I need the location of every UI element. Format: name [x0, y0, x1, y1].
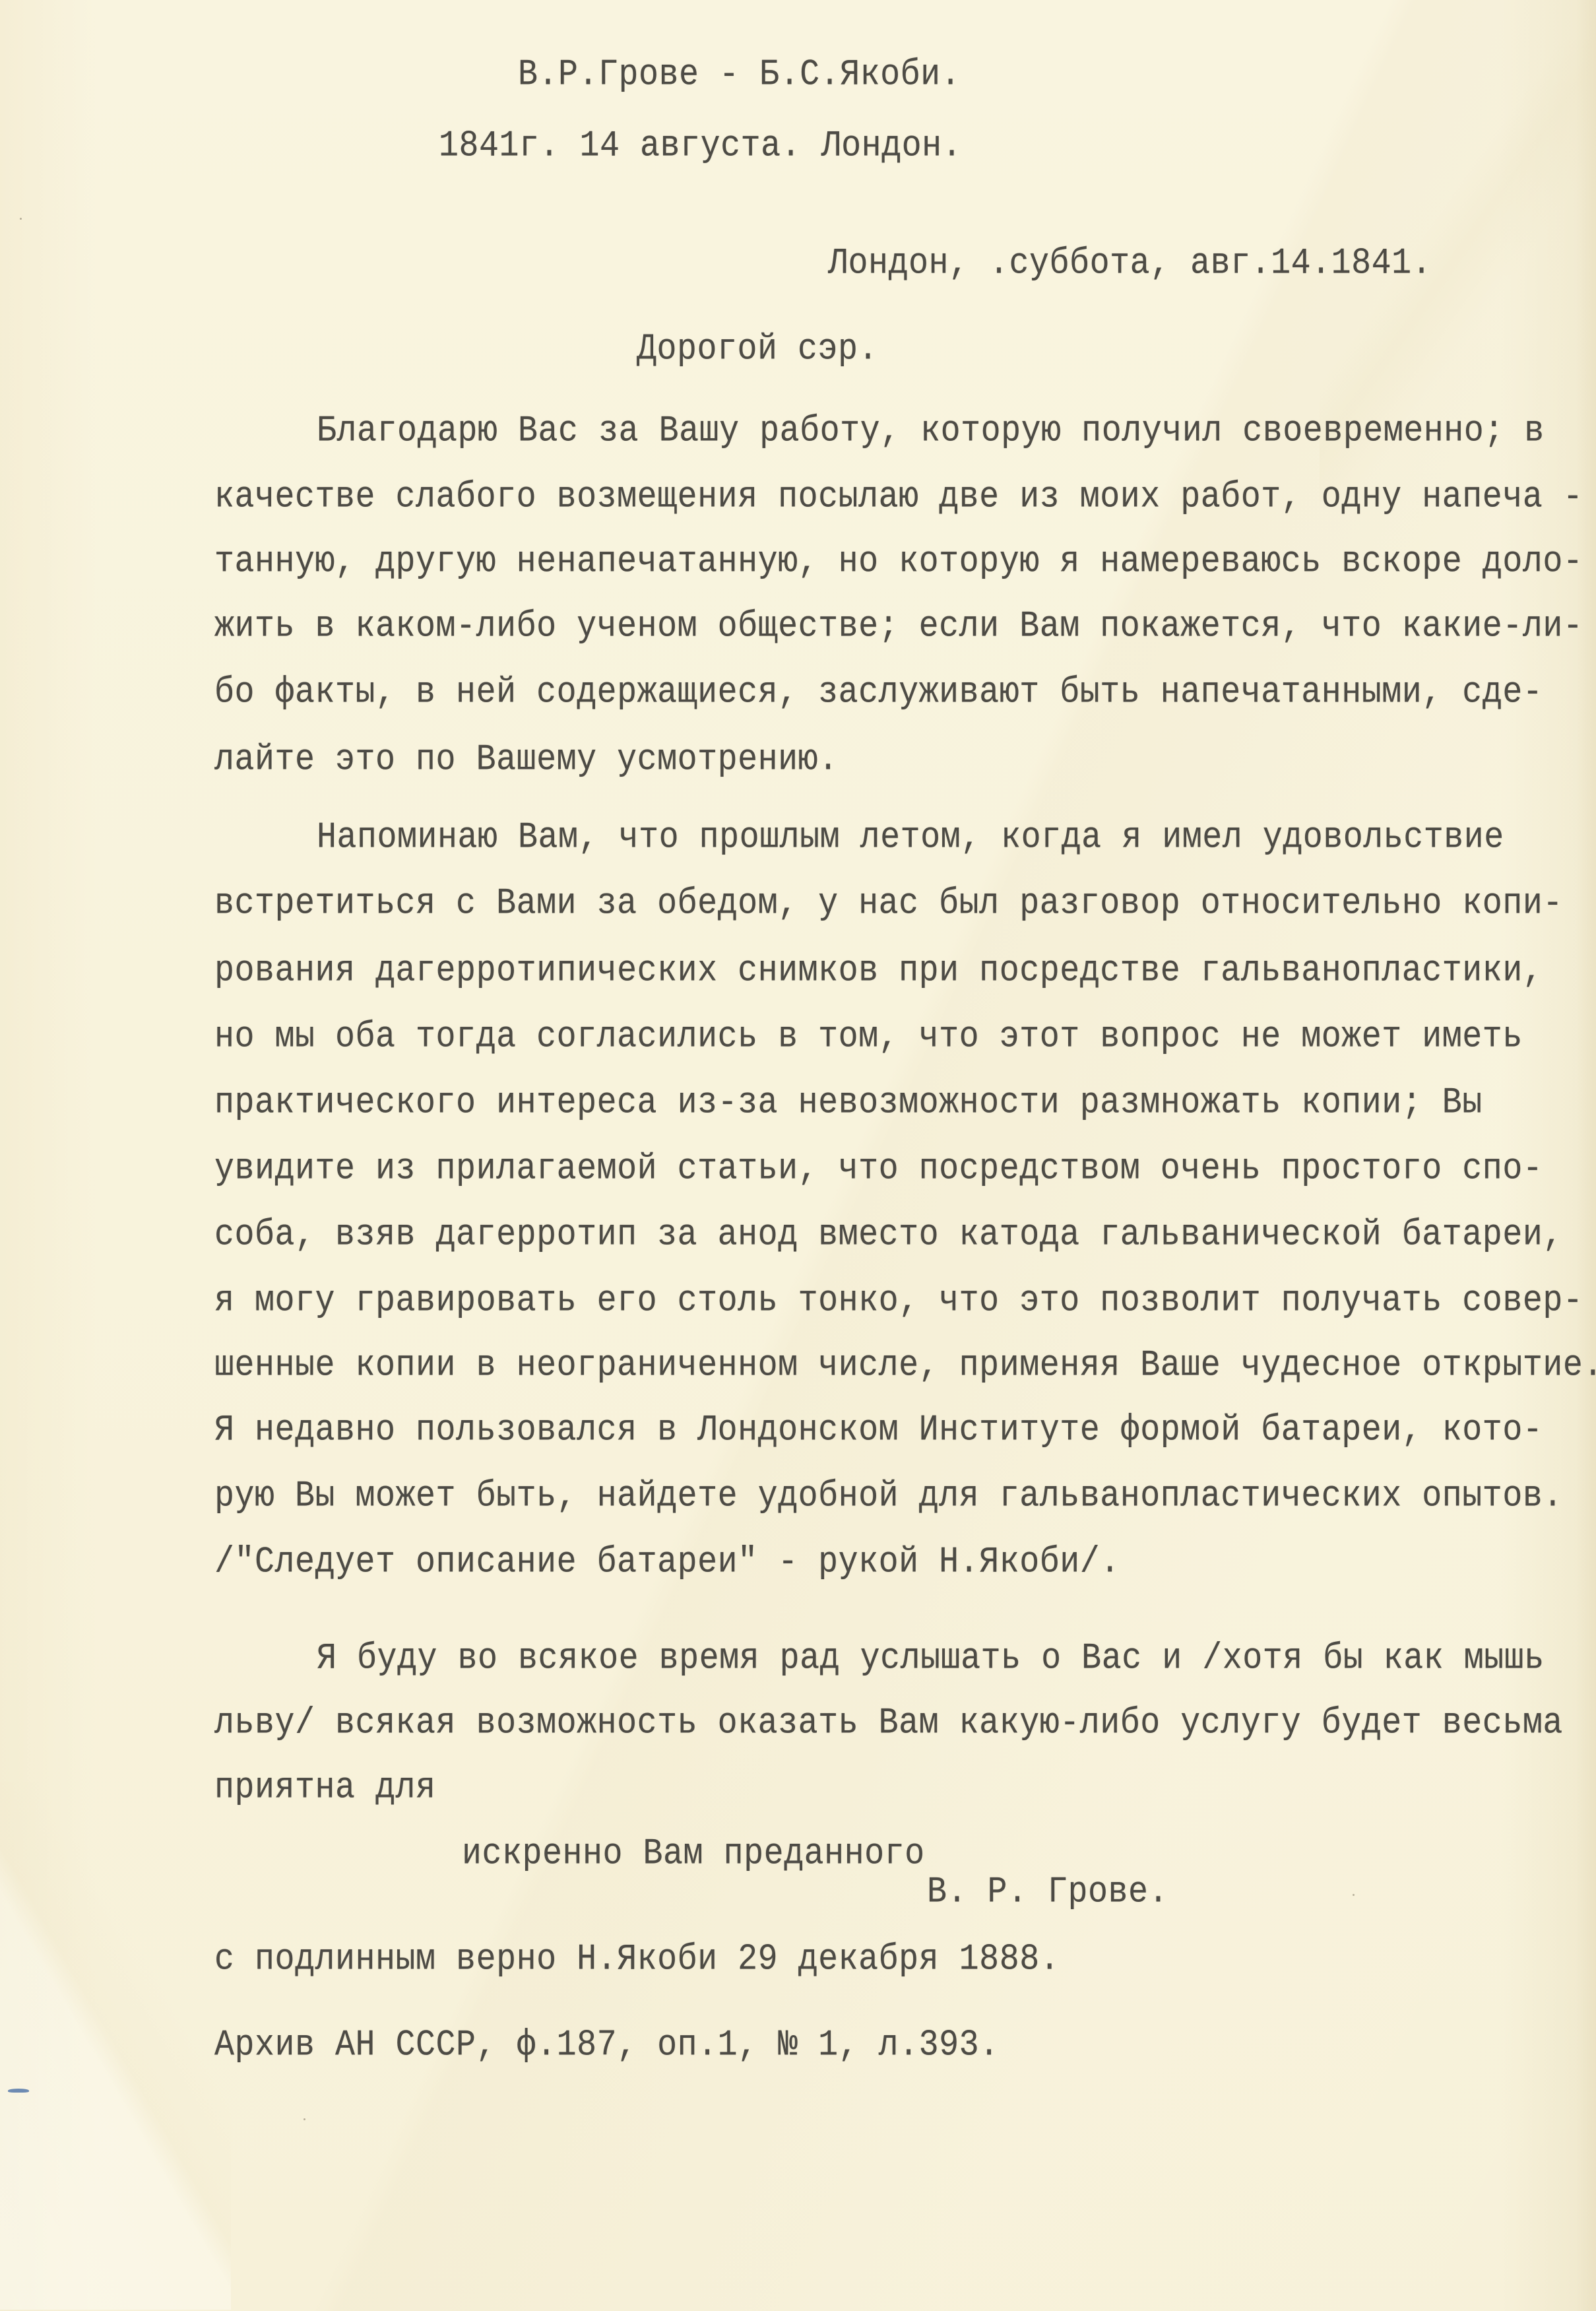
signature: В. Р. Грове.	[927, 1874, 1168, 1911]
paragraph-line: практического интереса из-за невозможнос…	[214, 1085, 1483, 1122]
archive-reference: Архив АН СССР, ф.187, оп.1, № 1, л.393.	[214, 2027, 1000, 2064]
paragraph-line: Напоминаю Вам, что прошлым летом, когда …	[317, 820, 1504, 857]
paragraph-line: Я буду во всякое время рад услышать о Ва…	[317, 1641, 1545, 1677]
paragraph-line: приятна для	[214, 1770, 436, 1807]
paragraph-line: рования дагерротипических снимков при по…	[214, 953, 1543, 990]
paragraph-line: льву/ всякая возможность оказать Вам как…	[214, 1705, 1563, 1742]
paper-edge-shadow	[1576, 0, 1596, 2311]
correspondents-heading: В.Р.Грове - Б.С.Якоби.	[518, 57, 961, 94]
paragraph-line: танную, другую ненапечатанную, но котору…	[214, 544, 1583, 581]
closing: искренно Вам преданного	[462, 1836, 925, 1873]
paper-speck	[20, 218, 22, 220]
paragraph-line: качестве слабого возмещения посылаю две …	[214, 479, 1583, 516]
paragraph-line: но мы оба тогда согласились в том, что э…	[214, 1019, 1523, 1056]
margin-ink-mark	[8, 2089, 29, 2093]
salutation: Дорогой сэр.	[637, 331, 878, 368]
date-place-heading: 1841г. 14 августа. Лондон.	[439, 128, 962, 165]
paper-speck	[1353, 1894, 1355, 1896]
paragraph-line: бо факты, в ней содержащиеся, заслуживаю…	[214, 674, 1543, 711]
paragraph-line: шенные копии в неограниченном числе, при…	[214, 1348, 1596, 1384]
certification-note: с подлинным верно Н.Якоби 29 декабря 188…	[214, 1941, 1060, 1978]
paragraph-line: жить в каком-либо ученом обществе; если …	[214, 608, 1583, 645]
paragraph-line: увидите из прилагаемой статьи, что посре…	[214, 1151, 1543, 1188]
letter-dateline: Лондон, .суббота, авг.14.1841.	[828, 245, 1432, 282]
paragraph-line: рую Вы может быть, найдете удобной для г…	[214, 1478, 1563, 1515]
paragraph-line: лайте это по Вашему усмотрению.	[214, 742, 839, 779]
paragraph-line: Благодарю Вас за Вашу работу, которую по…	[317, 413, 1545, 450]
typewritten-letter-page: В.Р.Грове - Б.С.Якоби. 1841г. 14 августа…	[0, 0, 1596, 2311]
paragraph-line: встретиться с Вами за обедом, у нас был …	[214, 886, 1563, 923]
paragraph-line: я могу гравировать его столь тонко, что …	[214, 1283, 1583, 1320]
paragraph-line: Я недавно пользовался в Лондонском Инсти…	[214, 1412, 1543, 1449]
paper-speck	[303, 2118, 305, 2120]
paragraph-line: /"Следует описание батареи" - рукой Н.Як…	[214, 1544, 1120, 1581]
paper-crease	[0, 1782, 231, 2310]
paragraph-line: соба, взяв дагерротип за анод вместо кат…	[214, 1217, 1563, 1254]
